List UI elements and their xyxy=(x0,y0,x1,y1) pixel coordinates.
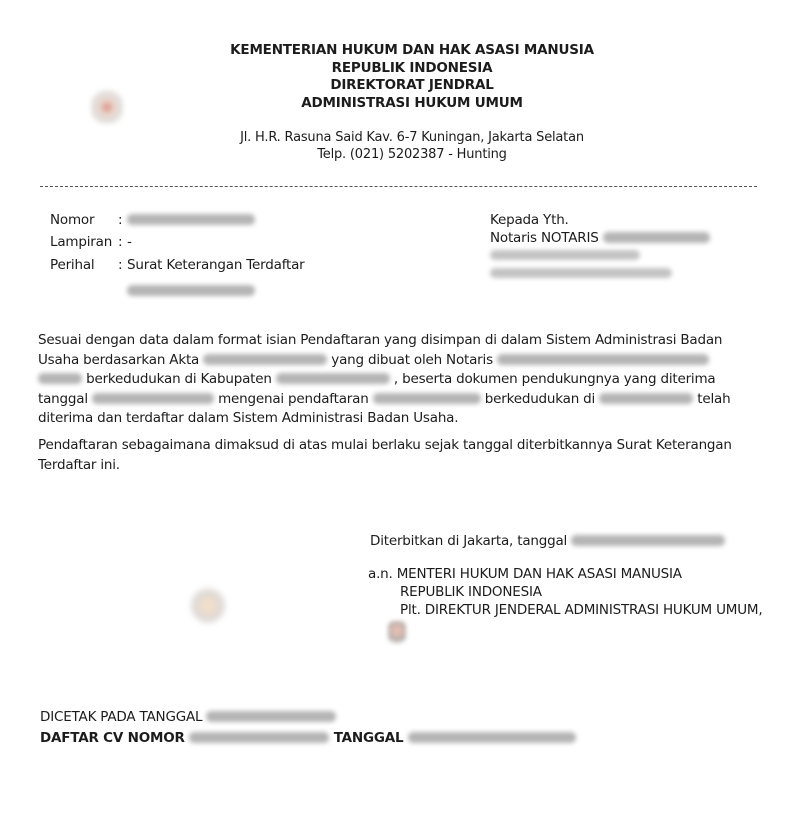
letterhead: KEMENTERIAN HUKUM DAN HAK ASASI MANUSIA … xyxy=(0,42,796,163)
lampiran-row: Lampiran:- xyxy=(50,231,305,253)
lampiran-separator: : xyxy=(118,231,127,253)
printed-date-line: DICETAK PADA TANGGAL xyxy=(40,709,336,725)
paragraph-line: diterima dan terdaftar dalam Sistem Admi… xyxy=(38,409,768,429)
signatory-line-1: a.n. MENTERI HUKUM DAN HAK ASASI MANUSIA xyxy=(368,566,762,584)
signatory-line-3: Plt. DIREKTUR JENDERAL ADMINISTRASI HUKU… xyxy=(368,602,762,620)
recipient-address-line-2 xyxy=(490,265,710,283)
redacted-text xyxy=(127,285,255,296)
ministry-line-4: ADMINISTRASI HUKUM UMUM xyxy=(28,95,796,113)
reference-block: Nomor: Lampiran:- Perihal:Surat Keterang… xyxy=(50,209,305,294)
redacted-text xyxy=(408,732,576,743)
signatory-line-2: REPUBLIK INDONESIA xyxy=(368,584,762,602)
letterhead-divider xyxy=(40,186,757,187)
ministry-line-2: REPUBLIK INDONESIA xyxy=(28,60,796,78)
nomor-separator: : xyxy=(118,209,127,231)
perihal-value: Surat Keterangan Terdaftar xyxy=(127,254,305,276)
nomor-value xyxy=(127,209,255,231)
redacted-text xyxy=(490,250,640,260)
register-number-line: DAFTAR CV NOMOR TANGGAL xyxy=(40,730,576,746)
ministry-line-3: DIREKTORAT JENDRAL xyxy=(28,77,796,95)
recipient-name: Notaris NOTARIS xyxy=(490,230,710,248)
recipient-block: Kepada Yth. Notaris NOTARIS xyxy=(490,212,710,283)
issuance-line: Diterbitkan di Jakarta, tanggal xyxy=(370,533,725,549)
nomor-label: Nomor xyxy=(50,209,118,231)
redacted-text xyxy=(603,232,710,243)
redacted-text xyxy=(276,373,390,384)
nomor-row: Nomor: xyxy=(50,209,305,231)
paragraph-line: Sesuai dengan data dalam format isian Pe… xyxy=(38,331,768,351)
perihal-row: Perihal:Surat Keterangan Terdaftar xyxy=(50,254,305,276)
paragraph-line: Pendaftaran sebagaimana dimaksud di atas… xyxy=(38,436,768,456)
letterhead-address: Jl. H.R. Rasuna Said Kav. 6-7 Kuningan, … xyxy=(28,129,796,146)
paragraph-line: tanggal mengenai pendaftaran berkeduduka… xyxy=(38,390,768,410)
paragraph-line: berkedudukan di Kabupaten , beserta doku… xyxy=(38,370,768,390)
redacted-text xyxy=(92,393,214,404)
redacted-text xyxy=(206,711,336,722)
signatory-block: a.n. MENTERI HUKUM DAN HAK ASASI MANUSIA… xyxy=(368,566,762,619)
lampiran-value: - xyxy=(127,231,132,253)
redacted-text xyxy=(373,393,481,404)
redacted-text xyxy=(203,354,327,365)
perihal-extra-redacted xyxy=(127,280,305,294)
body-paragraph-1: Sesuai dengan data dalam format isian Pe… xyxy=(38,331,768,429)
body-paragraph-2: Pendaftaran sebagaimana dimaksud di atas… xyxy=(38,436,768,475)
ministry-line-1: KEMENTERIAN HUKUM DAN HAK ASASI MANUSIA xyxy=(28,42,796,60)
redacted-text xyxy=(599,393,693,404)
redacted-text xyxy=(490,268,672,278)
page: { "letterhead": { "ministry_lines": [ "K… xyxy=(0,0,796,814)
redacted-text xyxy=(38,373,82,384)
redacted-text xyxy=(189,732,329,743)
blurred-signature-name xyxy=(388,621,406,645)
redacted-text xyxy=(571,535,725,546)
lampiran-label: Lampiran xyxy=(50,231,118,253)
letterhead-phone: Telp. (021) 5202387 - Hunting xyxy=(28,146,796,163)
perihal-separator: : xyxy=(118,254,127,276)
redacted-text xyxy=(497,354,709,365)
blurred-stamp-icon xyxy=(190,586,226,624)
recipient-address-line-1 xyxy=(490,247,710,265)
paragraph-line: Usaha berdasarkan Akta yang dibuat oleh … xyxy=(38,351,768,371)
redacted-text xyxy=(127,214,255,225)
recipient-salutation: Kepada Yth. xyxy=(490,212,710,230)
paragraph-line: Terdaftar ini. xyxy=(38,456,768,476)
perihal-label: Perihal xyxy=(50,254,118,276)
